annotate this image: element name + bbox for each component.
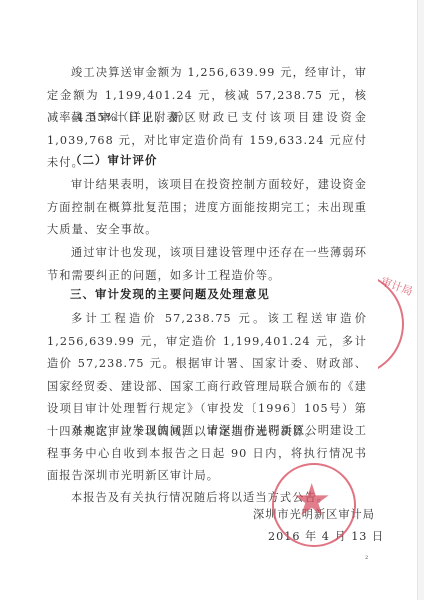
paragraph-evaluation-result: 审计结果表明，该项目在投资控制方面较好，建设资金方面控制在概算批复范围；进度方面… [47,174,367,242]
page-edge [417,0,424,600]
seal-star-icon: ★ [292,479,331,523]
official-seal: ★ [272,463,356,547]
section-heading-audit-evaluation: （二）审计评价 [70,152,157,168]
paragraph-weaknesses: 通过审计也发现，该项目建设管理中还存在一些薄弱环节和需要纠正的问题，如多计工程造… [47,242,367,287]
page-number: 2 [365,555,368,561]
section-heading-main-findings: 三、审计发现的主要问题及处理意见 [70,286,270,302]
document-page: 竣工决算送审金额为 1,256,639.99 元，经审计，审定金额为 1,199… [0,0,424,600]
